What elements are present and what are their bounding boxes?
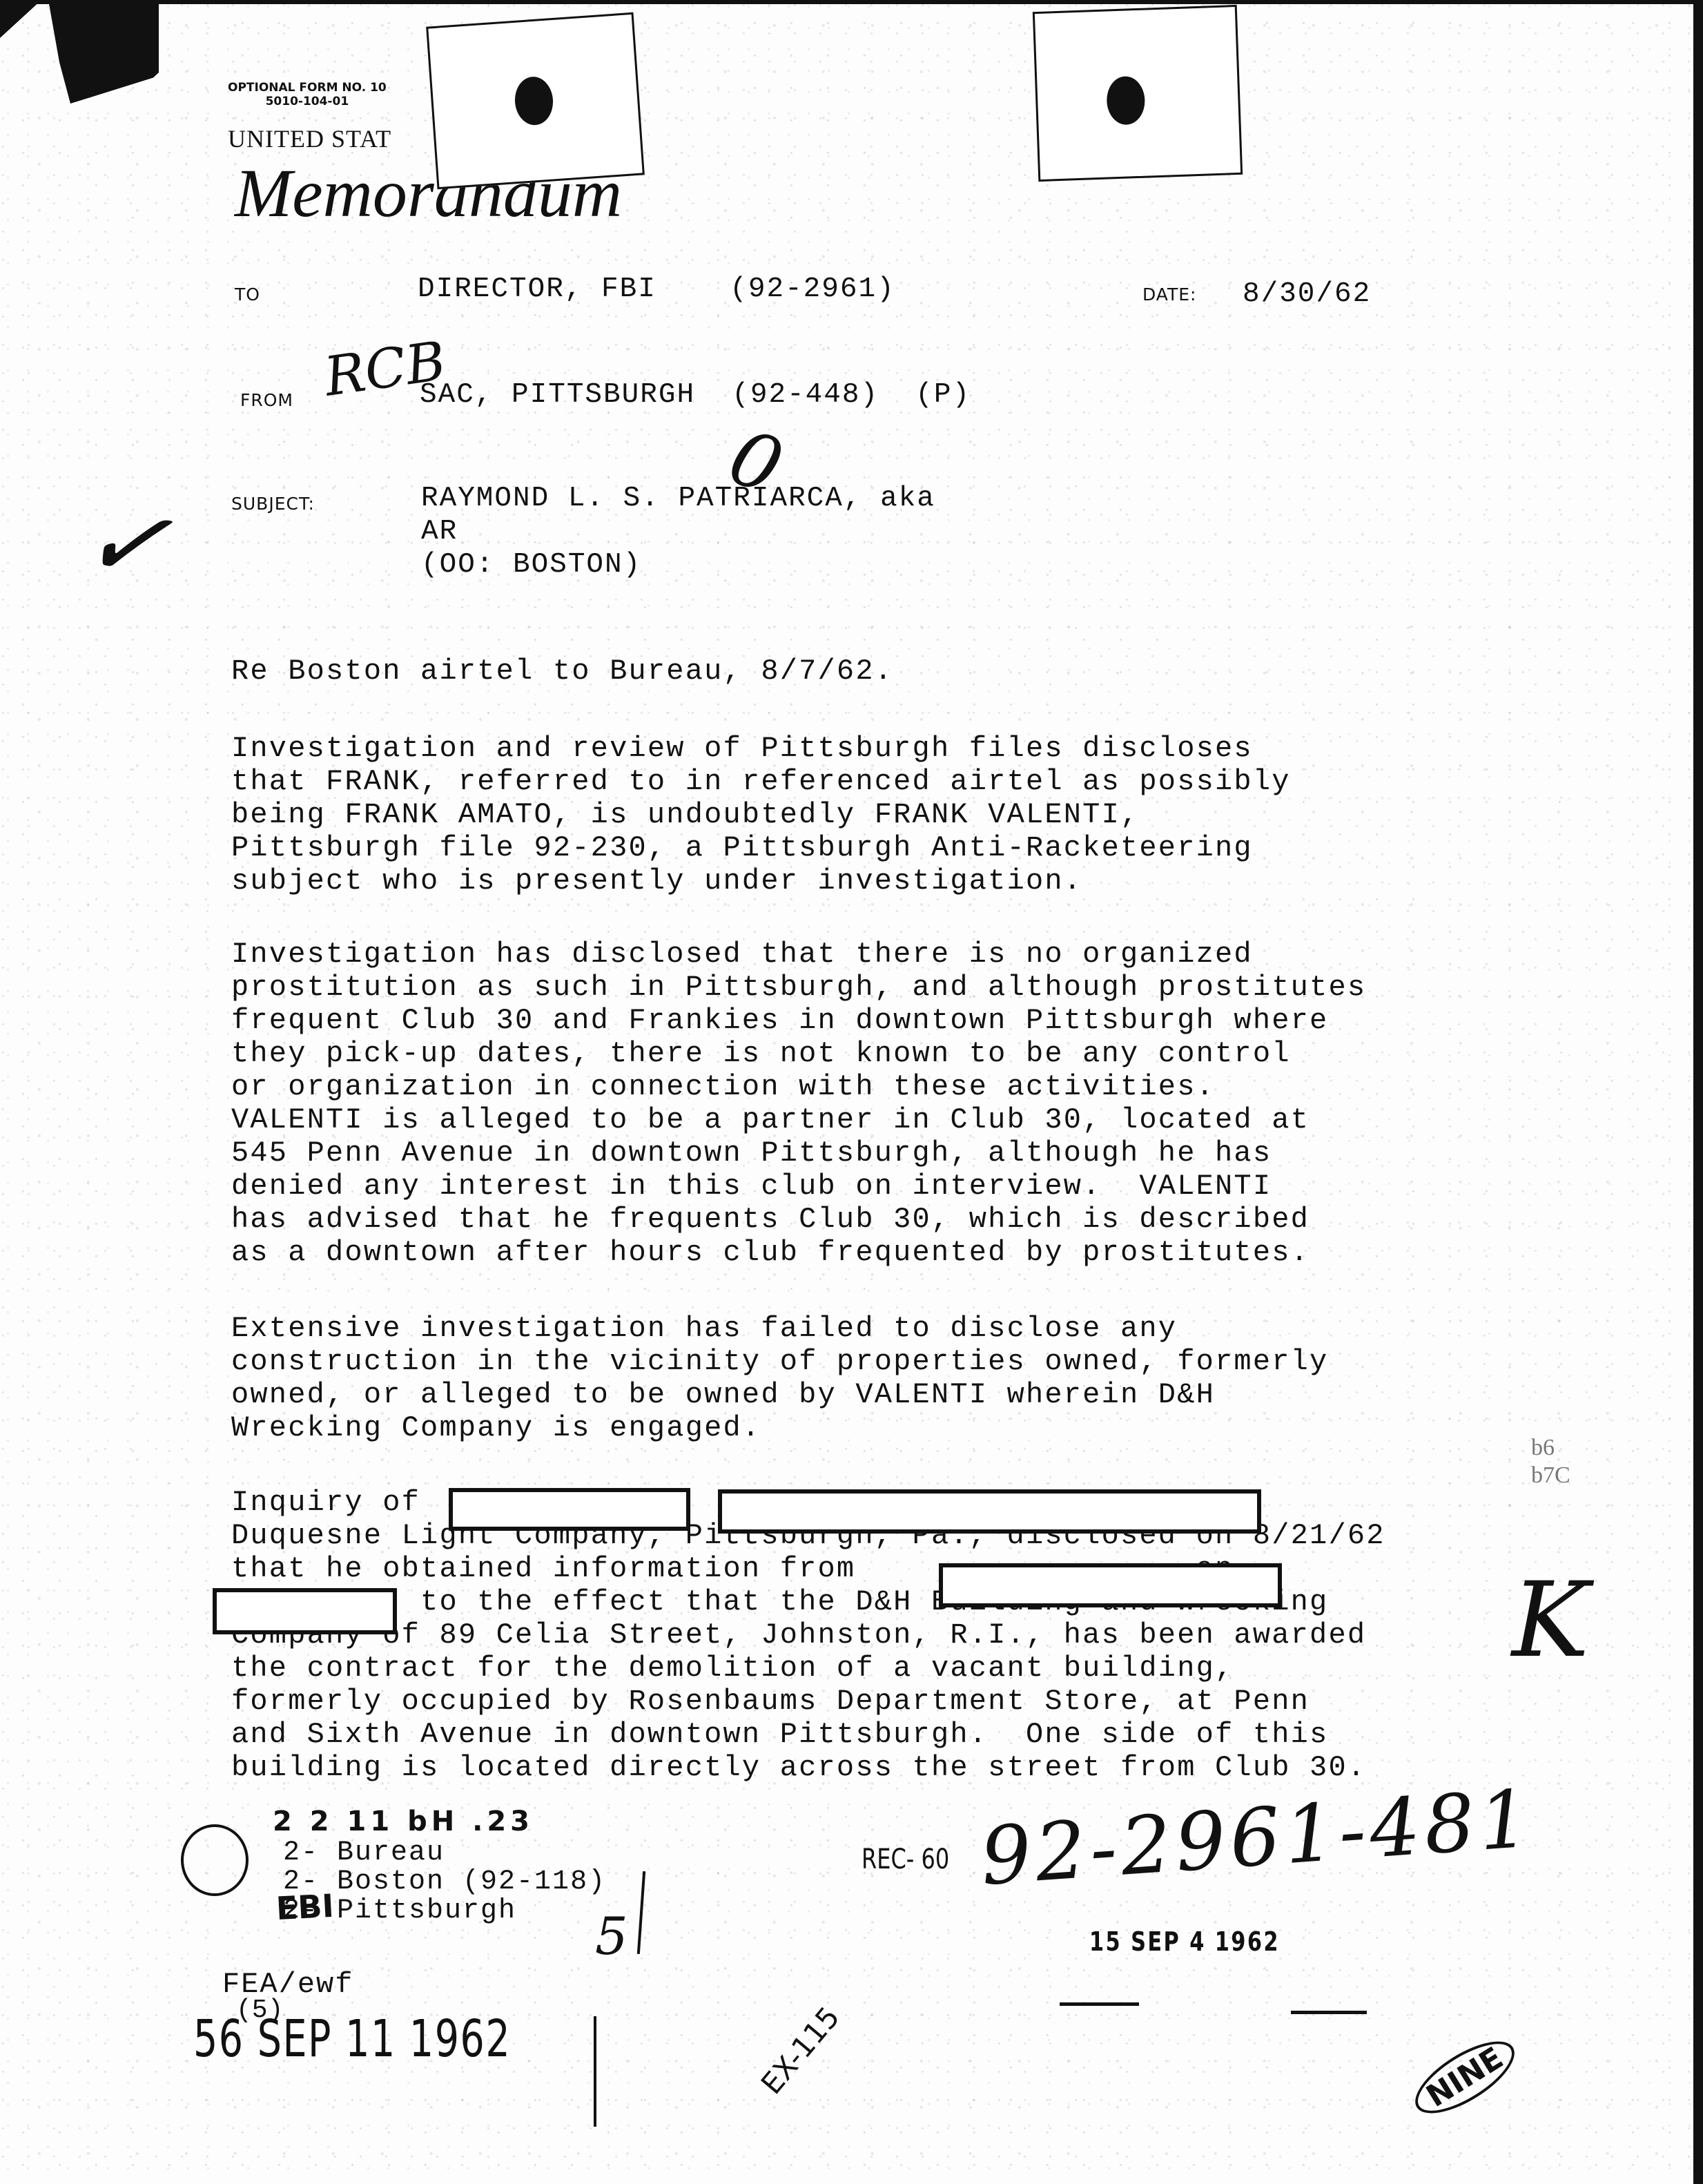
fbi-stamp: EBI [275, 1887, 335, 1927]
divider-dash [1060, 2002, 1139, 2006]
handwritten-k: K [1512, 1560, 1589, 1681]
form-number: OPTIONAL FORM NO. 10 5010-104-01 [228, 81, 387, 108]
paragraph-identification: Investigation and review of Pittsburgh f… [231, 732, 1543, 898]
subject-value: RAYMOND L. S. PATRIARCA, aka AR (OO: BOS… [421, 482, 935, 581]
paragraph-construction: Extensive investigation has failed to di… [231, 1312, 1543, 1444]
date-value: 8/30/62 [1243, 278, 1371, 311]
paragraph-prostitution: Investigation has disclosed that there i… [231, 938, 1543, 1269]
pen-stroke [637, 1871, 645, 1954]
divider-dash [1291, 2011, 1367, 2014]
redaction-box [718, 1489, 1261, 1534]
tape-patch-right [1033, 5, 1243, 182]
to-value: DIRECTOR, FBI (92-2961) [418, 273, 895, 306]
from-label: FROM [240, 390, 293, 410]
tape-patch-left [426, 12, 645, 189]
redaction-box [213, 1588, 397, 1634]
indexed-date-stamp: 15 SEP 4 1962 [1089, 1926, 1280, 1957]
scan-edge-right [1693, 0, 1703, 2184]
pen-stroke [594, 2016, 596, 2127]
punch-hole-icon [1106, 76, 1145, 126]
checkmark-icon: ✓ [73, 476, 179, 610]
to-label: TO [235, 284, 260, 305]
exemption-code: b6 [1531, 1435, 1555, 1461]
exemption-code: b7C [1531, 1462, 1570, 1489]
subject-label: SUBJECT: [231, 494, 315, 514]
scan-edge-top [0, 0, 1703, 4]
sequence-stamp: 2 2 11 bH .23 [273, 1806, 534, 1837]
memo-page: OPTIONAL FORM NO. 10 5010-104-01 UNITED … [0, 0, 1703, 2184]
circled-count-icon [181, 1824, 249, 1896]
from-value: SAC, PITTSBURGH (92-448) (P) [420, 378, 971, 412]
rec-stamp: REC- 60 [862, 1844, 949, 1875]
nine-stamp: NINE [1405, 2028, 1526, 2127]
reference-line: Re Boston airtel to Bureau, 8/7/62. [231, 655, 1543, 688]
ex-stamp: EX-115 [755, 2000, 846, 2100]
handwritten-file-number: 92-2961-481 [977, 1772, 1537, 1904]
scan-corner [0, 0, 41, 38]
received-stamp: 56 SEP 11 1962 [193, 2009, 511, 2069]
redaction-box [449, 1488, 690, 1531]
corner-blot [48, 0, 159, 104]
date-label: DATE: [1142, 284, 1196, 305]
redaction-box [939, 1563, 1282, 1607]
punch-hole-icon [514, 75, 555, 126]
